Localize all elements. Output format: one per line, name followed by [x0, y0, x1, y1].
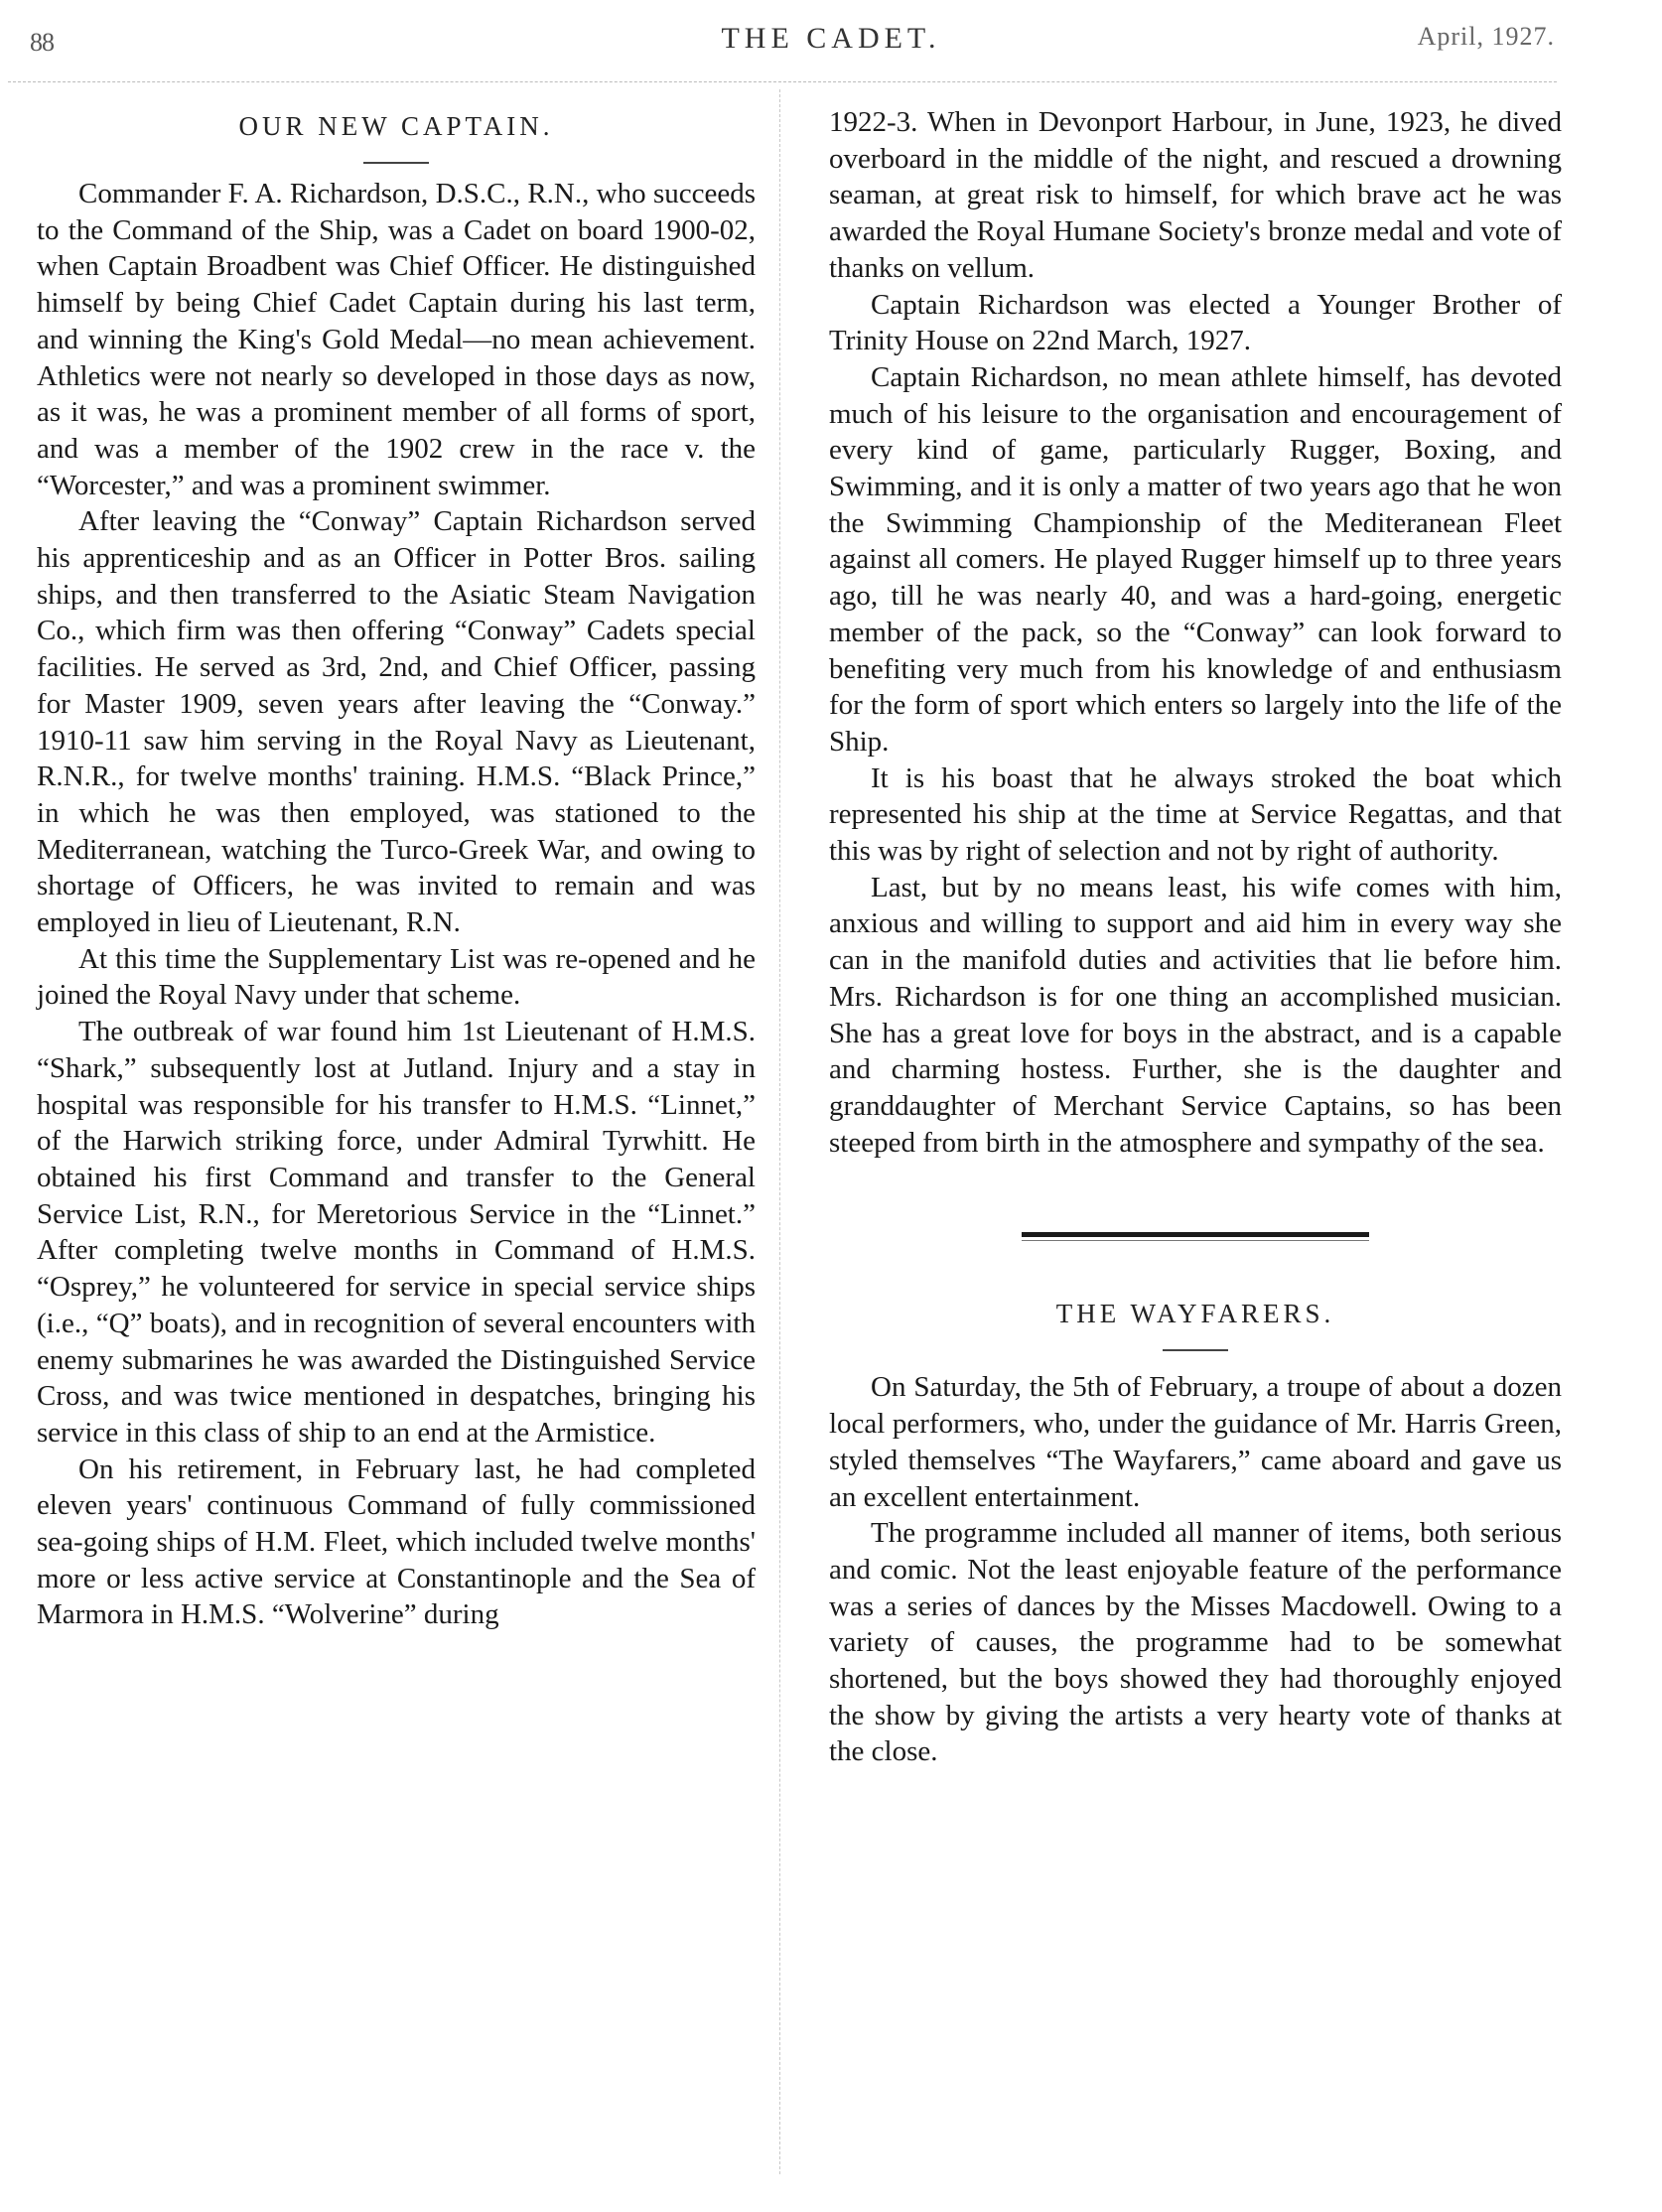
paragraph: Commander F. A. Richardson, D.S.C., R.N.…	[37, 176, 756, 503]
article-title-our-new-captain: OUR NEW CAPTAIN.	[37, 111, 756, 142]
title-rule	[363, 162, 429, 164]
header-rule	[8, 81, 1557, 82]
left-column: OUR NEW CAPTAIN. Commander F. A. Richard…	[37, 111, 756, 1633]
paragraph: It is his boast that he always stroked t…	[829, 760, 1562, 870]
paragraph: On his retirement, in February last, he …	[37, 1452, 756, 1634]
paragraph: The programme included all manner of ite…	[829, 1515, 1562, 1770]
paragraph: Captain Richardson, no mean athlete him­…	[829, 359, 1562, 760]
running-title: THE CADET.	[0, 22, 1662, 56]
paragraph: Last, but by no means least, his wife co…	[829, 870, 1562, 1162]
title-rule	[1163, 1349, 1228, 1351]
article-body-right: 1922-3. When in Devonport Harbour, in Ju…	[829, 104, 1562, 1161]
paragraph: At this time the Supplementary List was …	[37, 941, 756, 1014]
paragraph: On Saturday, the 5th of February, a trou…	[829, 1369, 1562, 1515]
thick-rule	[1022, 1232, 1369, 1237]
paragraph: The outbreak of war found him 1st Lieute…	[37, 1014, 756, 1451]
paragraph: Captain Richardson was elected a Younger…	[829, 287, 1562, 359]
paragraph: After leaving the “Conway” Captain Richa…	[37, 503, 756, 940]
column-divider	[779, 89, 780, 2174]
section-separator	[1022, 1232, 1369, 1241]
article-body-wayfarers: On Saturday, the 5th of February, a trou…	[829, 1369, 1562, 1770]
paragraph-continued: 1922-3. When in Devonport Harbour, in Ju…	[829, 104, 1562, 287]
right-column: 1922-3. When in Devonport Harbour, in Ju…	[829, 104, 1562, 1770]
article-title-the-wayfarers: THE WAYFARERS.	[829, 1299, 1562, 1329]
issue-date: April, 1927.	[1418, 22, 1555, 52]
article-body-left: Commander F. A. Richardson, D.S.C., R.N.…	[37, 176, 756, 1633]
thin-rule	[1022, 1240, 1369, 1241]
